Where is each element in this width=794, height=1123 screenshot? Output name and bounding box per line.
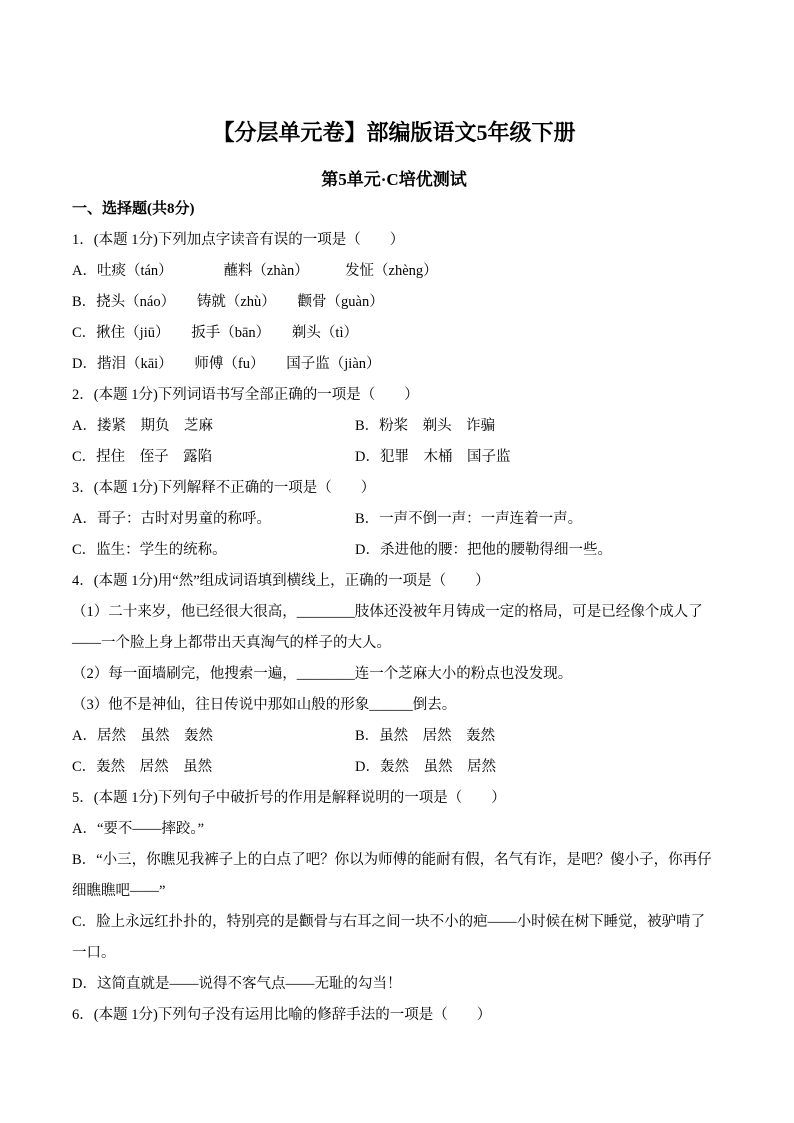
q2-option-row-2: C．捏住 侄子 露陷 D．犯罪 木桶 国子监 xyxy=(72,442,716,473)
section-header: 一、选择题(共8分) xyxy=(72,194,716,225)
q3-option-row-1: A．哥子：古时对男童的称呼。 B．一声不倒一声：一声连着一声。 xyxy=(72,504,716,535)
q4-part-3: （3）他不是神仙，往日传说中那如山般的形象______倒去。 xyxy=(72,690,716,721)
q5-option-d: D．这简直就是——说得不客气点——无耻的勾当！ xyxy=(72,969,716,1000)
page-title: 【分层单元卷】部编版语文5年级下册 xyxy=(72,116,716,150)
page-subtitle: 第5单元·C培优测试 xyxy=(72,166,716,194)
q1-option-b: B．挠头（náo） 铸就（zhù） 颧骨（guàn） xyxy=(72,287,716,318)
document-body: 一、选择题(共8分) 1．(本题 1分)下列加点字读音有误的一项是（ ） A．吐… xyxy=(72,194,716,1031)
q4-option-a: A．居然 虽然 轰然 xyxy=(72,721,355,752)
q5-option-a: A．“要不——摔跤。” xyxy=(72,814,716,845)
q1-option-c: C．揪住（jiū） 扳手（bān） 剃头（tì） xyxy=(72,318,716,349)
q4-part-2: （2）每一面墙刷完，他搜索一遍，________连一个芝麻大小的粉点也没发现。 xyxy=(72,659,716,690)
q4-option-d: D．轰然 虽然 居然 xyxy=(355,752,716,783)
q3-option-d: D．杀进他的腰：把他的腰勒得细一些。 xyxy=(355,535,716,566)
q4-option-c: C．轰然 居然 虽然 xyxy=(72,752,355,783)
q3-option-b: B．一声不倒一声：一声连着一声。 xyxy=(355,504,716,535)
q3-option-a: A．哥子：古时对男童的称呼。 xyxy=(72,504,355,535)
q2-option-row-1: A．搂紧 期负 芝麻 B．粉桨 剃头 诈骗 xyxy=(72,411,716,442)
q4-option-b: B．虽然 居然 轰然 xyxy=(355,721,716,752)
q5-stem: 5．(本题 1分)下列句子中破折号的作用是解释说明的一项是（ ） xyxy=(72,783,716,814)
q1-option-d: D．揩泪（kāi） 师傅（fu） 国子监（jiàn） xyxy=(72,349,716,380)
q2-option-c: C．捏住 侄子 露陷 xyxy=(72,442,355,473)
q3-stem: 3．(本题 1分)下列解释不正确的一项是（ ） xyxy=(72,473,716,504)
document-page: 【分层单元卷】部编版语文5年级下册 第5单元·C培优测试 一、选择题(共8分) … xyxy=(0,0,794,1123)
q2-option-d: D．犯罪 木桶 国子监 xyxy=(355,442,716,473)
q2-option-b: B．粉桨 剃头 诈骗 xyxy=(355,411,716,442)
q1-option-a: A．吐痰（tán） 蘸料（zhàn） 发怔（zhèng） xyxy=(72,256,716,287)
q5-option-b: B．“小三，你瞧见我裤子上的白点了吧？你以为师傅的能耐有假，名气有诈，是吧？傻小… xyxy=(72,845,716,907)
q3-option-row-2: C．监生：学生的统称。 D．杀进他的腰：把他的腰勒得细一些。 xyxy=(72,535,716,566)
q2-option-a: A．搂紧 期负 芝麻 xyxy=(72,411,355,442)
q6-stem: 6．(本题 1分)下列句子没有运用比喻的修辞手法的一项是（ ） xyxy=(72,1000,716,1031)
q4-stem: 4．(本题 1分)用“然”组成词语填到横线上，正确的一项是（ ） xyxy=(72,566,716,597)
q4-part-1: （1）二十来岁，他已经很大很高，________肢体还没被年月铸成一定的格局，可… xyxy=(72,597,716,659)
q3-option-c: C．监生：学生的统称。 xyxy=(72,535,355,566)
q4-option-row-1: A．居然 虽然 轰然 B．虽然 居然 轰然 xyxy=(72,721,716,752)
q1-stem: 1．(本题 1分)下列加点字读音有误的一项是（ ） xyxy=(72,225,716,256)
q2-stem: 2．(本题 1分)下列词语书写全部正确的一项是（ ） xyxy=(72,380,716,411)
q4-option-row-2: C．轰然 居然 虽然 D．轰然 虽然 居然 xyxy=(72,752,716,783)
q5-option-c: C．脸上永远红扑扑的，特别亮的是颧骨与右耳之间一块不小的疤——小时候在树下睡觉，… xyxy=(72,907,716,969)
